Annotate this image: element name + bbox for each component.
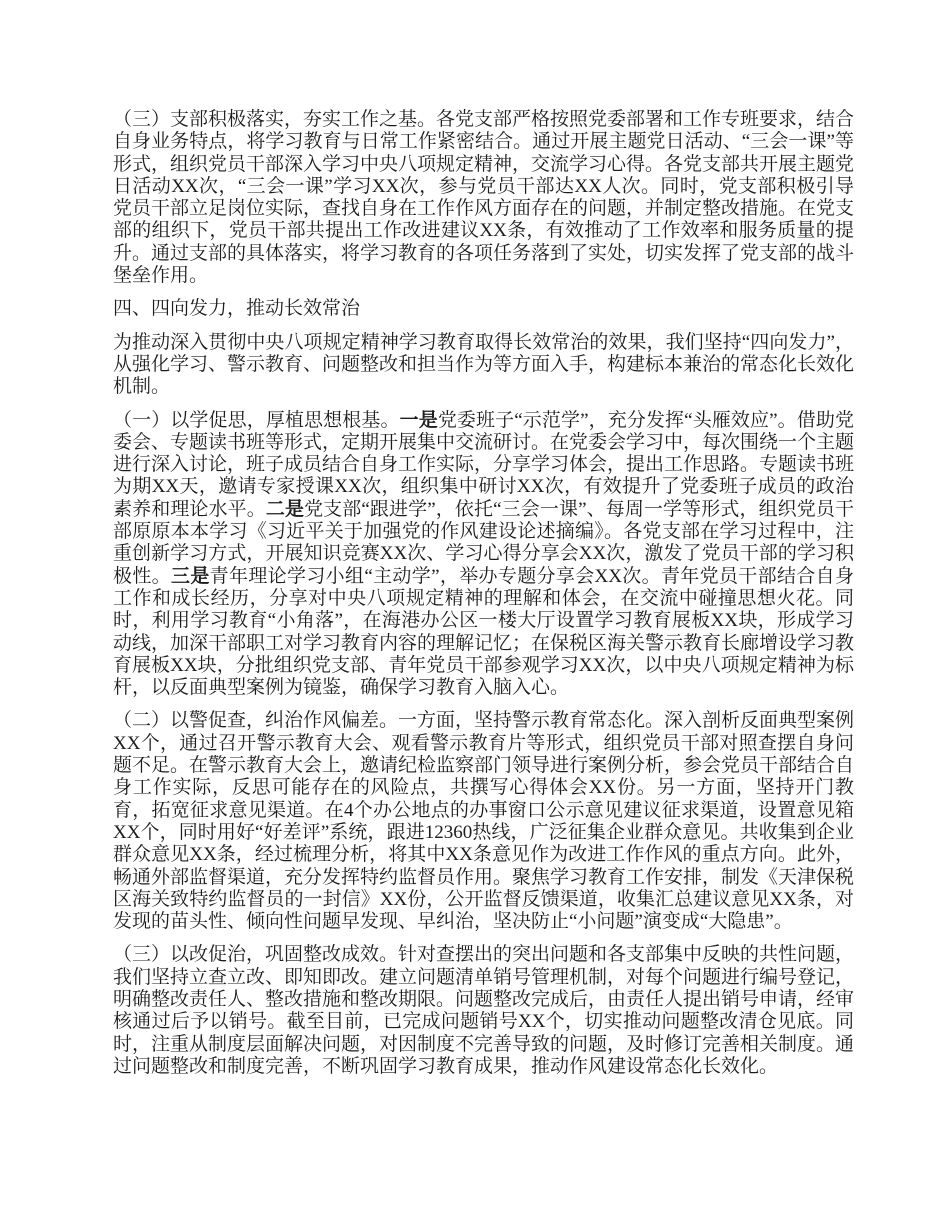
document-body: （三）支部积极落实，夯实工作之基。各党支部严格按照党委部署和工作专班要求，结合自…: [113, 109, 854, 1089]
document-page: （三）支部积极落实，夯实工作之基。各党支部严格按照党委部署和工作专班要求，结合自…: [0, 0, 950, 1230]
paragraph-rectification-promotes-governance: （三）以改促治，巩固整改成效。针对查摆出的突出问题和各支部集中反映的共性问题，我…: [113, 944, 854, 1078]
bold-run: 三是: [171, 566, 210, 587]
text-run: 为推动深入贯彻中央八项规定精神学习教育取得长效常治的效果，我们坚持“四向发力”，…: [113, 332, 854, 398]
paragraph-learning-promotes-thinking: （一）以学促思，厚植思想根基。一是党委班子“示范学”，充分发挥“头雁效应”。借助…: [113, 410, 854, 700]
bold-run: 二是: [266, 499, 304, 520]
paragraph-section-four-intro: 为推动深入贯彻中央八项规定精神学习教育取得长效常治的效果，我们坚持“四向发力”，…: [113, 332, 854, 399]
text-run: （二）以警促查，纠治作风偏差。一方面，坚持警示教育常态化。深入剖析反面典型案例X…: [113, 710, 854, 932]
text-run: （一）以学促思，厚植思想根基。: [113, 410, 400, 431]
paragraph-branch-implementation: （三）支部积极落实，夯实工作之基。各党支部严格按照党委部署和工作专班要求，结合自…: [113, 109, 854, 287]
text-run: （三）以改促治，巩固整改成效。针对查摆出的突出问题和各支部集中反映的共性问题，我…: [113, 944, 854, 1076]
paragraph-warning-promotes-inspection: （二）以警促查，纠治作风偏差。一方面，坚持警示教育常态化。深入剖析反面典型案例X…: [113, 710, 854, 933]
text-run: （三）支部积极落实，夯实工作之基。各党支部严格按照党委部署和工作专班要求，结合自…: [113, 109, 854, 286]
text-run: 青年理论学习小组“主动学”，举办专题分享会XX次。青年党员干部结合自身工作和成长…: [113, 566, 854, 698]
bold-run: 一是: [400, 410, 438, 431]
text-run: 四、四向发力，推动长效常治: [113, 298, 360, 319]
section-heading-four: 四、四向发力，推动长效常治: [113, 298, 854, 320]
